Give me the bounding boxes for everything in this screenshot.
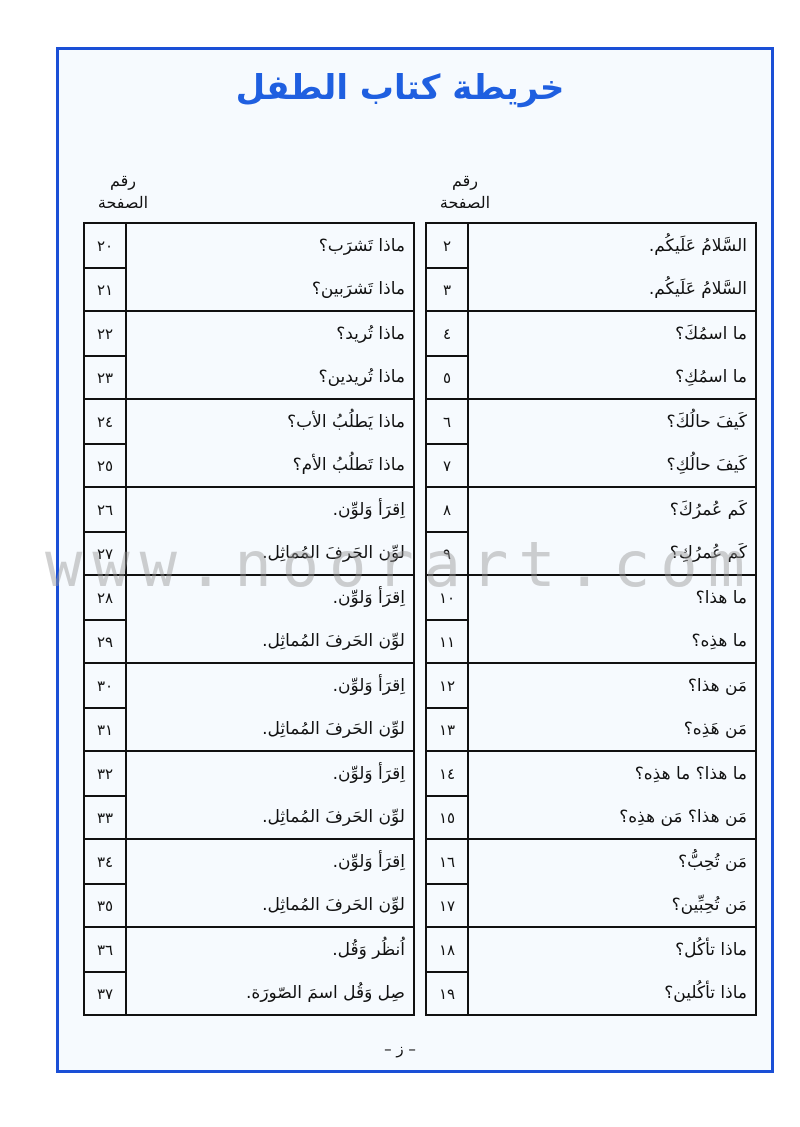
page-number-column: ١٦١٧ — [427, 840, 469, 926]
lesson-title: لوِّن الحَرفَ المُماثِل. — [127, 795, 413, 838]
lesson-title: اِقرَأ وَلوِّن. — [127, 488, 413, 531]
lesson-title: مَن تُحِبُّ؟ — [469, 840, 755, 883]
page-number-column: ٣٤٣٥ — [85, 840, 127, 926]
page-marker: – ز – — [0, 1040, 800, 1058]
lesson-title: اِقرَأ وَلوِّن. — [127, 840, 413, 883]
right-contents-table: ٢٣السَّلامُ عَلَيكُم.السَّلامُ عَلَيكُم.… — [425, 222, 757, 1016]
page-number-column: ١٨١٩ — [427, 928, 469, 1014]
table-row-group: ٦٧كَيفَ حالُكَ؟كَيفَ حالُكِ؟ — [427, 398, 755, 486]
page-number: ١٩ — [427, 971, 467, 1014]
table-row-group: ٢٤٢٥ماذا يَطلُبُ الأب؟ماذا تَطلُبُ الأم؟ — [85, 398, 413, 486]
lesson-title-column: ماذا يَطلُبُ الأب؟ماذا تَطلُبُ الأم؟ — [127, 400, 413, 486]
lesson-title-column: السَّلامُ عَلَيكُم.السَّلامُ عَلَيكُم. — [469, 224, 755, 310]
lesson-title: اِقرَأ وَلوِّن. — [127, 664, 413, 707]
table-row-group: ٣٠٣١اِقرَأ وَلوِّن.لوِّن الحَرفَ المُماث… — [85, 662, 413, 750]
page-number: ٢٣ — [85, 355, 125, 398]
lesson-title: اِقرَأ وَلوِّن. — [127, 576, 413, 619]
lesson-title: ما هذا؟ — [469, 576, 755, 619]
page-number-column: ٣٦٣٧ — [85, 928, 127, 1014]
lesson-title: صِل وَقُل اسمَ الصّورَة. — [127, 971, 413, 1014]
page-number: ٦ — [427, 400, 467, 443]
page-number: ١٤ — [427, 752, 467, 795]
page-number: ٢٦ — [85, 488, 125, 531]
lesson-title-column: ما هذا؟ ما هذِه؟مَن هذا؟ مَن هذِه؟ — [469, 752, 755, 838]
table-row-group: ٨٩كَم عُمرُكَ؟كَم عُمرُكِ؟ — [427, 486, 755, 574]
page-number-column: ٢٠٢١ — [85, 224, 127, 310]
lesson-title-column: ماذا تأكُل؟ماذا تأكُلين؟ — [469, 928, 755, 1014]
lesson-title: مَن هذا؟ — [469, 664, 755, 707]
page-number: ٥ — [427, 355, 467, 398]
lesson-title-column: اِقرَأ وَلوِّن.لوِّن الحَرفَ المُماثِل. — [127, 752, 413, 838]
page-number-column: ٦٧ — [427, 400, 469, 486]
lesson-title-column: ماذا تُريد؟ماذا تُريدين؟ — [127, 312, 413, 398]
page-number-column: ٨٩ — [427, 488, 469, 574]
page-number: ٨ — [427, 488, 467, 531]
lesson-title: ماذا تَشرَبين؟ — [127, 267, 413, 310]
lesson-title: كَيفَ حالُكَ؟ — [469, 400, 755, 443]
lesson-title: اِقرَأ وَلوِّن. — [127, 752, 413, 795]
page-number-column: ١٢١٣ — [427, 664, 469, 750]
lesson-title-column: ماذا تَشرَب؟ماذا تَشرَبين؟ — [127, 224, 413, 310]
lesson-title: ماذا تُريد؟ — [127, 312, 413, 355]
table-row-group: ٣٢٣٣اِقرَأ وَلوِّن.لوِّن الحَرفَ المُماث… — [85, 750, 413, 838]
right-table-header: رقم الصفحة — [425, 170, 505, 214]
lesson-title: لوِّن الحَرفَ المُماثِل. — [127, 619, 413, 662]
lesson-title: ما اسمُكِ؟ — [469, 355, 755, 398]
lesson-title: مَن تُحِبِّين؟ — [469, 883, 755, 926]
lesson-title: كَيفَ حالُكِ؟ — [469, 443, 755, 486]
page-number: ٢٩ — [85, 619, 125, 662]
table-row-group: ١٤١٥ما هذا؟ ما هذِه؟مَن هذا؟ مَن هذِه؟ — [427, 750, 755, 838]
lesson-title: ما اسمُكَ؟ — [469, 312, 755, 355]
lesson-title-column: ما اسمُكَ؟ما اسمُكِ؟ — [469, 312, 755, 398]
header-line-2: الصفحة — [425, 192, 505, 214]
page-number: ٢٧ — [85, 531, 125, 574]
table-row-group: ٣٦٣٧اُنظُر وَقُل.صِل وَقُل اسمَ الصّورَة… — [85, 926, 413, 1014]
page-number-column: ٢٢٢٣ — [85, 312, 127, 398]
page-number-column: ٢٦٢٧ — [85, 488, 127, 574]
lesson-title: ماذا تأكُلين؟ — [469, 971, 755, 1014]
page-number: ١٥ — [427, 795, 467, 838]
table-row-group: ٣٤٣٥اِقرَأ وَلوِّن.لوِّن الحَرفَ المُماث… — [85, 838, 413, 926]
page-number: ١١ — [427, 619, 467, 662]
lesson-title: السَّلامُ عَلَيكُم. — [469, 224, 755, 267]
lesson-title-column: مَن هذا؟مَن هَذِه؟ — [469, 664, 755, 750]
page-number: ٧ — [427, 443, 467, 486]
page-number: ١٠ — [427, 576, 467, 619]
table-row-group: ٢٦٢٧اِقرَأ وَلوِّن.لوِّن الحَرفَ المُماث… — [85, 486, 413, 574]
table-row-group: ٢٠٢١ماذا تَشرَب؟ماذا تَشرَبين؟ — [85, 224, 413, 310]
page-number: ٢ — [427, 224, 467, 267]
table-row-group: ١٦١٧مَن تُحِبُّ؟مَن تُحِبِّين؟ — [427, 838, 755, 926]
page-number: ٣٧ — [85, 971, 125, 1014]
lesson-title: ماذا تُريدين؟ — [127, 355, 413, 398]
page-number: ٣٦ — [85, 928, 125, 971]
page-number: ٢٨ — [85, 576, 125, 619]
page-number: ١٢ — [427, 664, 467, 707]
page-number: ١٨ — [427, 928, 467, 971]
lesson-title-column: اِقرَأ وَلوِّن.لوِّن الحَرفَ المُماثِل. — [127, 840, 413, 926]
table-row-group: ٢٨٢٩اِقرَأ وَلوِّن.لوِّن الحَرفَ المُماث… — [85, 574, 413, 662]
page-number: ٣١ — [85, 707, 125, 750]
page-number-column: ٢٣ — [427, 224, 469, 310]
lesson-title-column: اِقرَأ وَلوِّن.لوِّن الحَرفَ المُماثِل. — [127, 488, 413, 574]
header-line-2: الصفحة — [83, 192, 163, 214]
lesson-title: لوِّن الحَرفَ المُماثِل. — [127, 531, 413, 574]
page-number-column: ١٠١١ — [427, 576, 469, 662]
lesson-title: مَن هذا؟ مَن هذِه؟ — [469, 795, 755, 838]
page-number: ٤ — [427, 312, 467, 355]
lesson-title: ماذا تَشرَب؟ — [127, 224, 413, 267]
lesson-title: ماذا تأكُل؟ — [469, 928, 755, 971]
lesson-title: السَّلامُ عَلَيكُم. — [469, 267, 755, 310]
table-row-group: ١٢١٣مَن هذا؟مَن هَذِه؟ — [427, 662, 755, 750]
page-number-column: ٣٢٣٣ — [85, 752, 127, 838]
lesson-title-column: اِقرَأ وَلوِّن.لوِّن الحَرفَ المُماثِل. — [127, 664, 413, 750]
table-row-group: ٢٣السَّلامُ عَلَيكُم.السَّلامُ عَلَيكُم. — [427, 224, 755, 310]
left-contents-table: ٢٠٢١ماذا تَشرَب؟ماذا تَشرَبين؟٢٢٢٣ماذا ت… — [83, 222, 415, 1016]
lesson-title: ماذا يَطلُبُ الأب؟ — [127, 400, 413, 443]
lesson-title: كَم عُمرُكَ؟ — [469, 488, 755, 531]
lesson-title: لوِّن الحَرفَ المُماثِل. — [127, 707, 413, 750]
page-number: ١٦ — [427, 840, 467, 883]
lesson-title: ماذا تَطلُبُ الأم؟ — [127, 443, 413, 486]
lesson-title-column: اُنظُر وَقُل.صِل وَقُل اسمَ الصّورَة. — [127, 928, 413, 1014]
table-row-group: ٤٥ما اسمُكَ؟ما اسمُكِ؟ — [427, 310, 755, 398]
page-number: ٢٥ — [85, 443, 125, 486]
lesson-title: ما هذِه؟ — [469, 619, 755, 662]
page-number: ٣٠ — [85, 664, 125, 707]
page-number: ٣ — [427, 267, 467, 310]
page-number: ٢٢ — [85, 312, 125, 355]
left-table-header: رقم الصفحة — [83, 170, 163, 214]
page-number: ٢٤ — [85, 400, 125, 443]
page-number: ٢٠ — [85, 224, 125, 267]
page-number-column: ٢٤٢٥ — [85, 400, 127, 486]
page-number: ٣٣ — [85, 795, 125, 838]
page-number: ١٣ — [427, 707, 467, 750]
lesson-title-column: اِقرَأ وَلوِّن.لوِّن الحَرفَ المُماثِل. — [127, 576, 413, 662]
page-number: ٣٢ — [85, 752, 125, 795]
lesson-title: اُنظُر وَقُل. — [127, 928, 413, 971]
table-row-group: ١٨١٩ماذا تأكُل؟ماذا تأكُلين؟ — [427, 926, 755, 1014]
header-line-1: رقم — [425, 170, 505, 192]
page-title: خريطة كتاب الطفل — [0, 68, 800, 108]
page-number-column: ٢٨٢٩ — [85, 576, 127, 662]
lesson-title-column: كَيفَ حالُكَ؟كَيفَ حالُكِ؟ — [469, 400, 755, 486]
lesson-title: لوِّن الحَرفَ المُماثِل. — [127, 883, 413, 926]
page-number: ٣٥ — [85, 883, 125, 926]
page-number-column: ٤٥ — [427, 312, 469, 398]
header-line-1: رقم — [83, 170, 163, 192]
lesson-title: مَن هَذِه؟ — [469, 707, 755, 750]
table-row-group: ١٠١١ما هذا؟ما هذِه؟ — [427, 574, 755, 662]
page-number: ٢١ — [85, 267, 125, 310]
table-row-group: ٢٢٢٣ماذا تُريد؟ماذا تُريدين؟ — [85, 310, 413, 398]
lesson-title: ما هذا؟ ما هذِه؟ — [469, 752, 755, 795]
lesson-title: كَم عُمرُكِ؟ — [469, 531, 755, 574]
page-number: ٣٤ — [85, 840, 125, 883]
lesson-title-column: كَم عُمرُكَ؟كَم عُمرُكِ؟ — [469, 488, 755, 574]
lesson-title-column: ما هذا؟ما هذِه؟ — [469, 576, 755, 662]
page-number: ٩ — [427, 531, 467, 574]
page-number: ١٧ — [427, 883, 467, 926]
lesson-title-column: مَن تُحِبُّ؟مَن تُحِبِّين؟ — [469, 840, 755, 926]
page-number-column: ٣٠٣١ — [85, 664, 127, 750]
page-number-column: ١٤١٥ — [427, 752, 469, 838]
